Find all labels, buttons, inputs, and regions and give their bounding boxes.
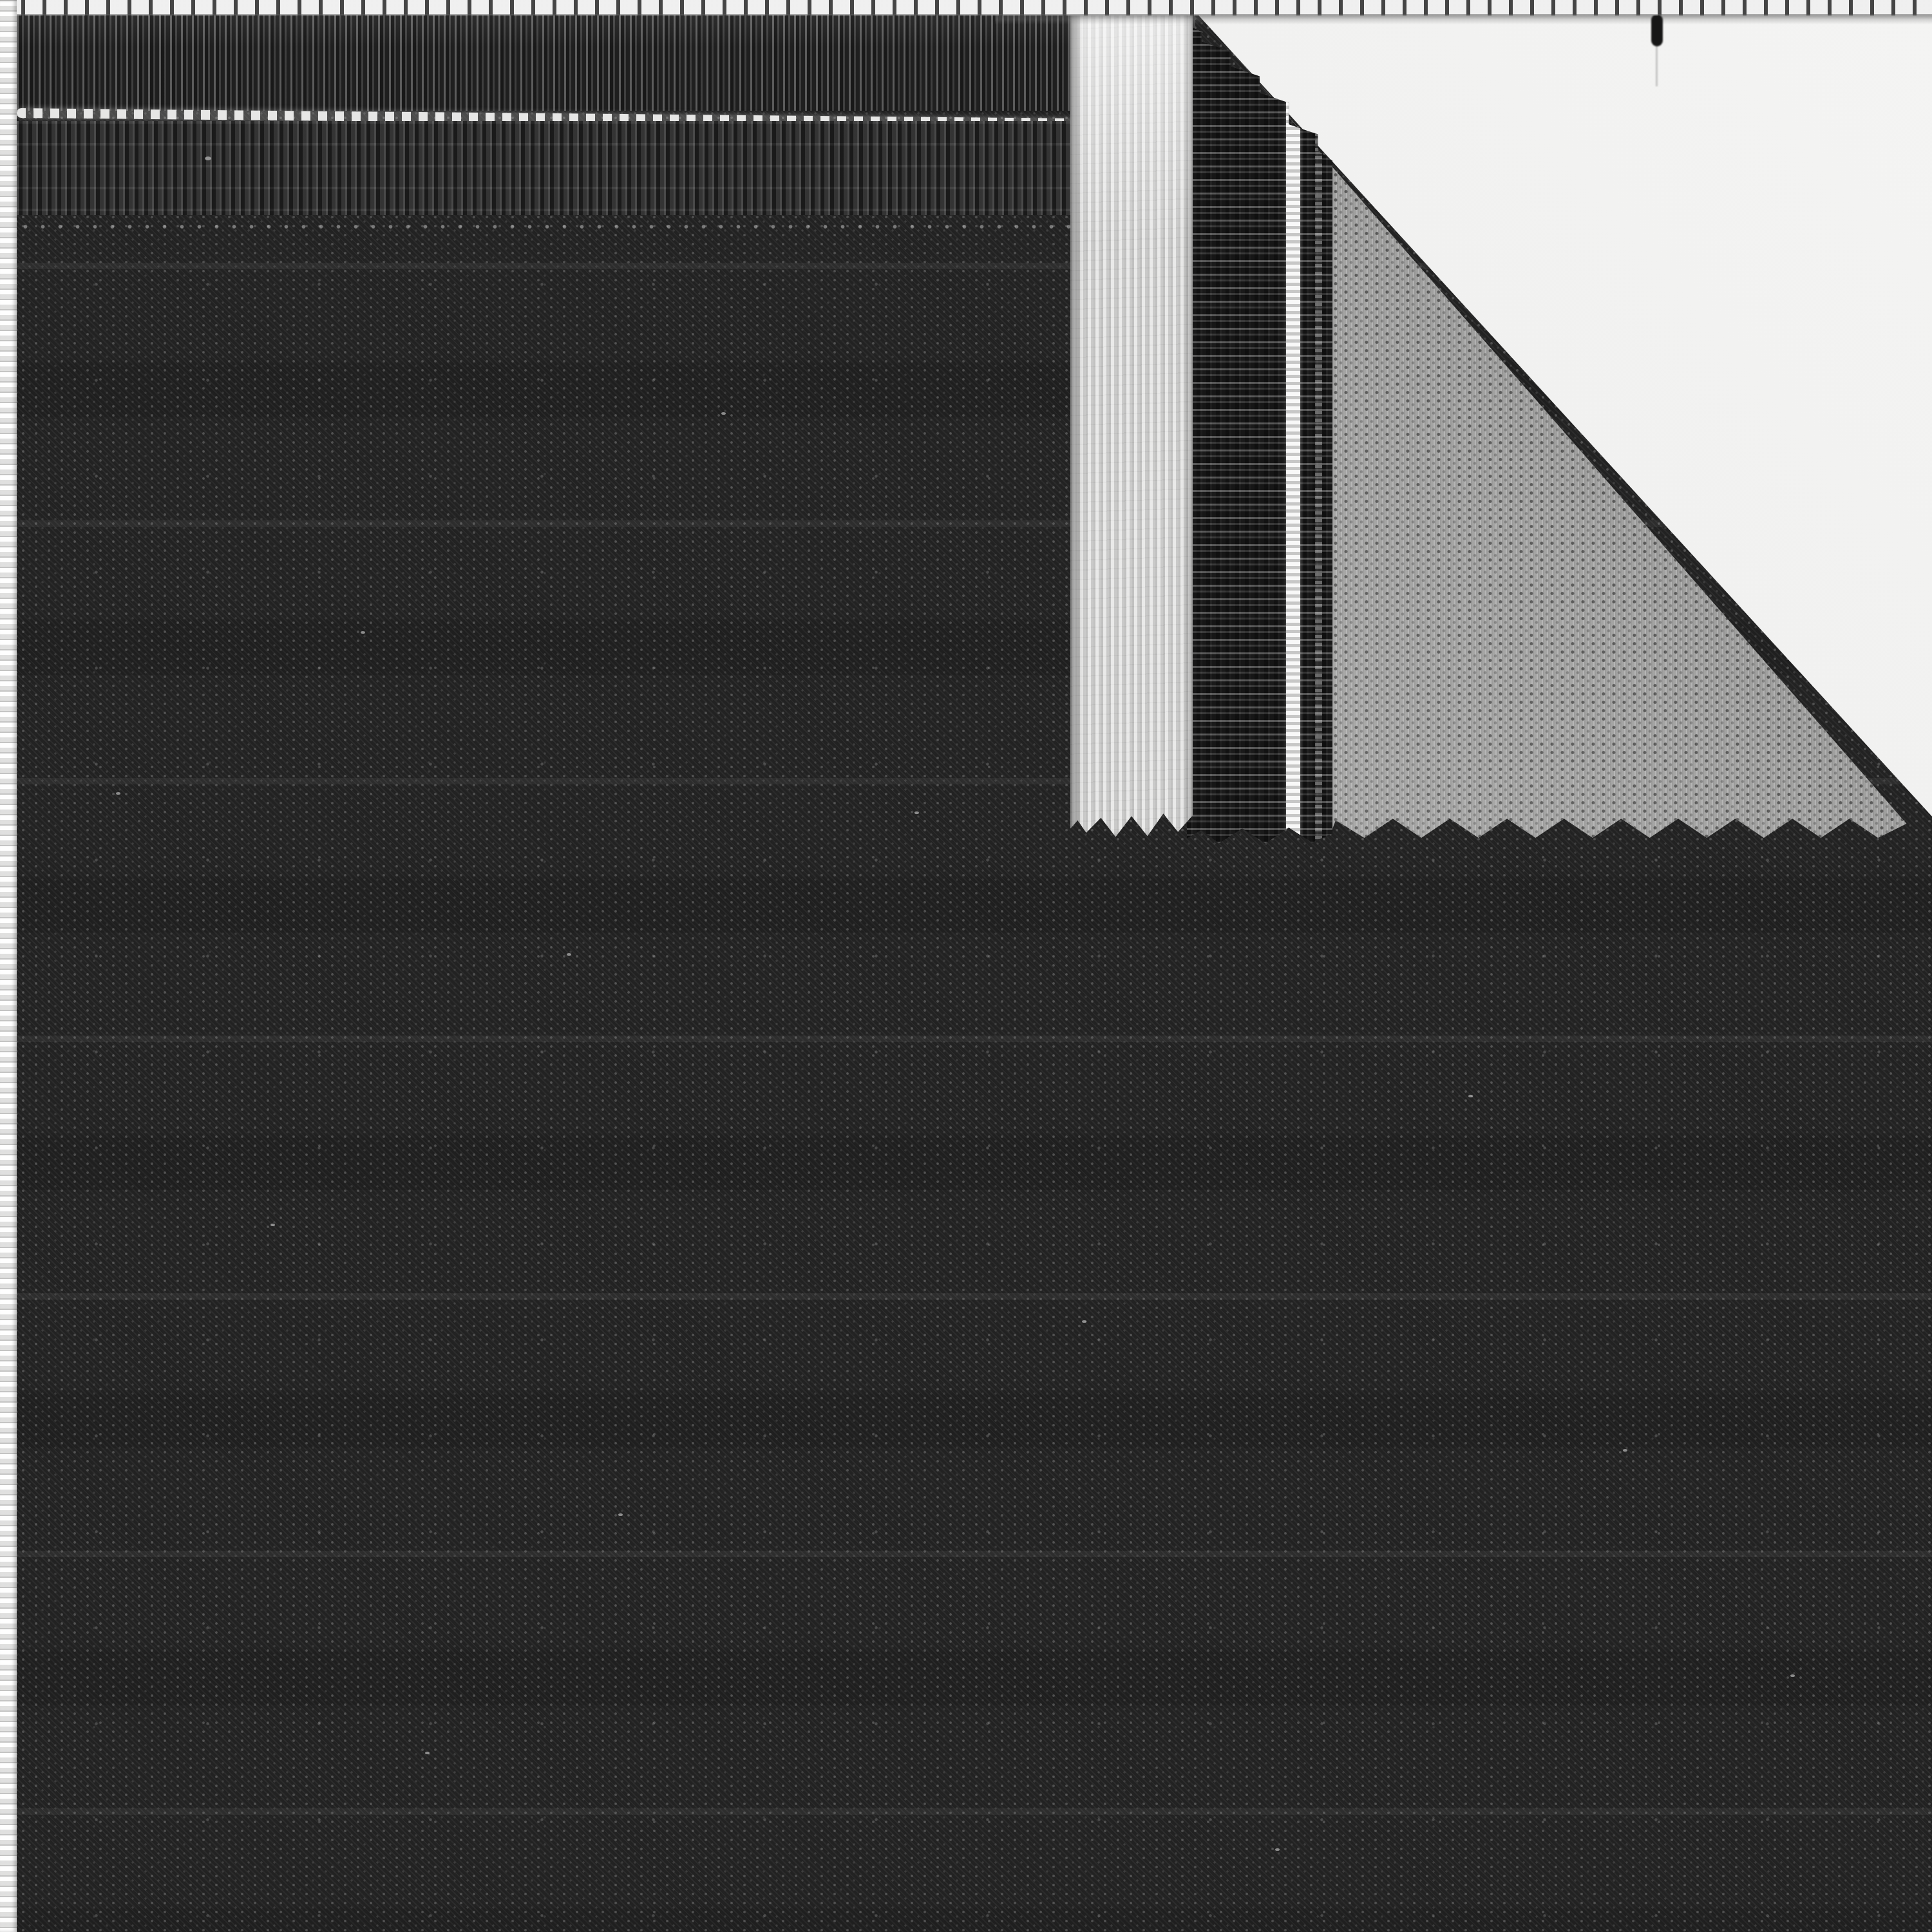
fabric-slub-speck	[1468, 1095, 1473, 1097]
left-pinked-edge	[0, 0, 17, 1932]
fabric-slub-speck	[721, 412, 726, 415]
ink-scratch	[1656, 44, 1658, 86]
fabric-slub-speck	[361, 631, 365, 634]
fabric-slub-speck	[914, 811, 919, 814]
frayed-fringe	[1070, 9, 1193, 838]
header-band-bottom	[17, 121, 1195, 215]
fabric-slub-speck	[116, 792, 120, 795]
fabric-slub-speck	[425, 1752, 430, 1754]
fabric-slub-speck	[567, 953, 571, 956]
fabric-slub-speck	[1082, 1320, 1086, 1323]
weave-dot-row	[17, 215, 1195, 238]
fabric-slub-speck	[1790, 1674, 1795, 1677]
fabric-slub-speck	[1623, 1449, 1627, 1452]
fabric-slub-speck	[205, 156, 211, 160]
fold-selvage-band	[1187, 17, 1332, 845]
ink-mark	[1651, 14, 1663, 46]
fabric-swatch-photo	[0, 0, 1932, 1932]
fabric-slub-speck	[1275, 1848, 1280, 1851]
selvage-white-stripe	[1286, 17, 1300, 845]
fabric-slub-speck	[270, 1224, 275, 1226]
fabric-slub-speck	[618, 1513, 623, 1516]
perforated-tick-edge	[0, 0, 1932, 15]
